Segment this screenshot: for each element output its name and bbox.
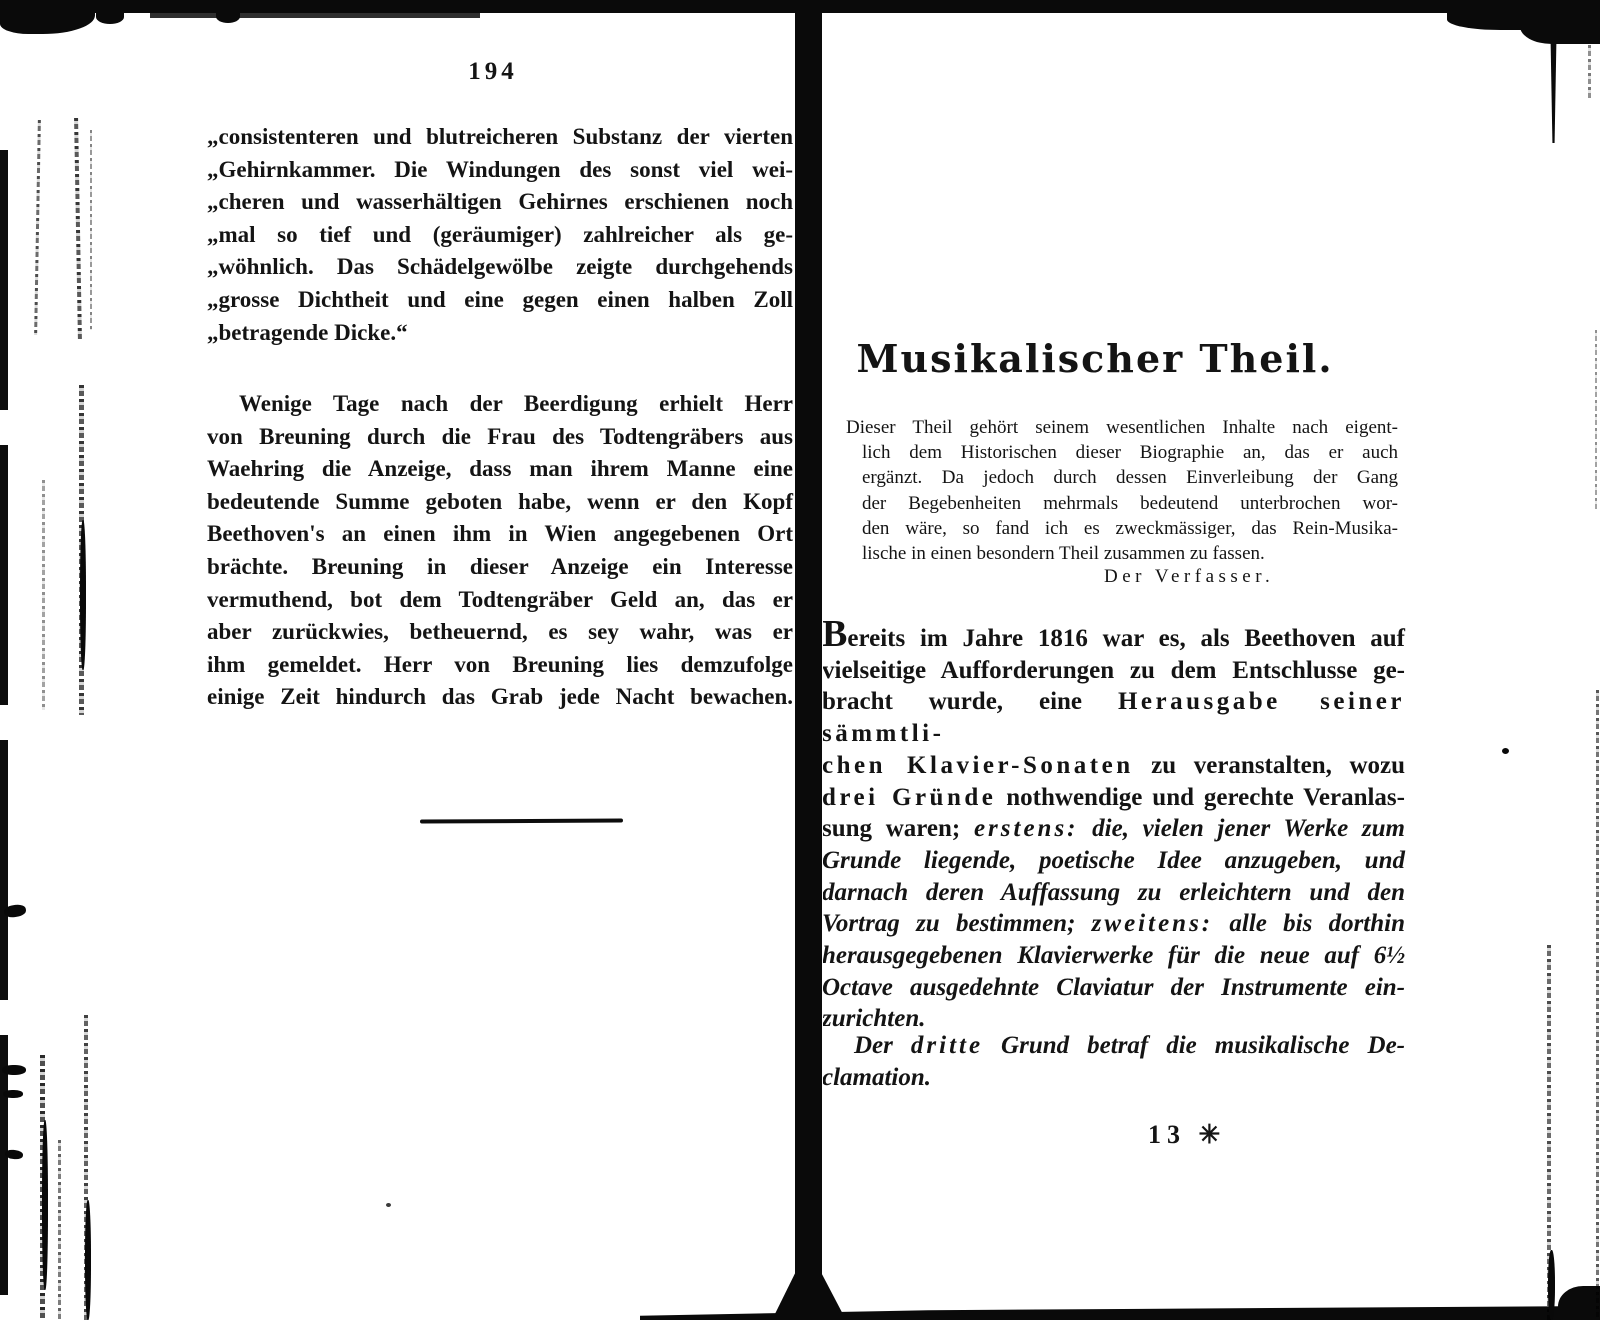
scan-artifact-streak: [90, 130, 92, 330]
text-line: „grosse Dichtheit und eine gegen einen h…: [207, 284, 793, 317]
signature-mark: 13 ✳: [1148, 1120, 1226, 1150]
text-segment: zweitens:: [1092, 910, 1213, 937]
preface-note: Dieser Theil gehört seinem wesentlichen …: [846, 415, 1398, 566]
scan-artifact-smudge: [2, 1065, 26, 1075]
text-line: Beethoven's an einen ihm in Wien angegeb…: [207, 518, 793, 551]
text-segment: Vortrag zu bestimmen;: [823, 910, 1092, 937]
scan-artifact-top-left-bump: [96, 10, 124, 24]
text-segment: Octave ausgedehnte Claviatur der Instrum…: [823, 974, 1405, 1001]
left-page: 194 „consistenteren und blutreicheren Su…: [0, 0, 795, 1320]
right-page: Musikalischer Theil. Dieser Theil gehört…: [823, 0, 1600, 1320]
text-segment: dritte: [911, 1032, 983, 1059]
text-line: bracht wurde, eine Herausgabe seiner säm…: [823, 686, 1405, 749]
section-title: Musikalischer Theil.: [823, 336, 1375, 381]
text-line: Der dritte Grund betraf die musikalische…: [823, 1030, 1405, 1062]
scan-artifact-left-edge-strip: [0, 150, 8, 1320]
book-scan-spread: 194 „consistenteren und blutreicheren Su…: [0, 0, 1600, 1320]
scan-artifact-streak: [42, 480, 45, 710]
text-line: clamation.: [823, 1062, 1405, 1094]
text-line: brächte. Breuning in dieser Anzeige ein …: [207, 551, 793, 584]
text-line: der Begebenheiten mehrmals bedeutend unt…: [846, 491, 1398, 516]
text-segment: darnach deren Auffassung zu erleichtern …: [823, 879, 1405, 906]
left-paragraph-quote: „consistenteren und blutreicheren Substa…: [207, 121, 793, 349]
scan-artifact-smudge: [3, 1090, 23, 1098]
text-segment: nothwendige und gerechte Veranlas-: [996, 784, 1405, 811]
text-line: Grunde liegende, poetische Idee anzugebe…: [823, 845, 1405, 877]
scan-artifact-streak: [1588, 45, 1591, 100]
text-segment: zu veranstalten, wozu: [1134, 752, 1405, 779]
text-line: den wäre, so fand ich es zweckmässiger, …: [846, 516, 1398, 541]
text-line: „wöhnlich. Das Schädelgewölbe zeigte dur…: [207, 251, 793, 284]
text-segment: clamation.: [823, 1064, 931, 1091]
text-segment: chen Klavier-Sonaten: [823, 752, 1134, 779]
text-line: Octave ausgedehnte Claviatur der Instrum…: [823, 972, 1405, 1004]
section-divider-rule: [420, 818, 623, 823]
text-line: von Breuning durch die Frau des Todtengr…: [207, 421, 793, 454]
text-line: Vortrag zu bestimmen; zweitens: alle bis…: [823, 908, 1405, 940]
text-segment: Grund betraf die musikalische De-: [983, 1032, 1405, 1059]
text-line: aber zurückwies, betheuernd, es sey wahr…: [207, 616, 793, 649]
text-line: vermuthend, bot dem Todtengräber Geld an…: [207, 584, 793, 617]
body-paragraph: Bereits im Jahre 1816 war es, als Beetho…: [823, 619, 1405, 1035]
text-line: sung waren; erstens: die, vielen jener W…: [823, 813, 1405, 845]
left-paragraph-breuning: Wenige Tage nach der Beerdigung erhielt …: [207, 388, 793, 714]
left-page-number: 194: [433, 58, 553, 86]
text-segment: Der: [854, 1032, 911, 1059]
text-segment: herausgegebenen Klavierwerke für die neu…: [823, 942, 1405, 969]
text-line: darnach deren Auffassung zu erleichtern …: [823, 877, 1405, 909]
text-line: einige Zeit hindurch das Grab jede Nacht…: [207, 681, 793, 714]
scan-artifact-top-bar-secondary: [150, 13, 480, 18]
text-segment: sung waren;: [823, 815, 974, 842]
text-segment: drei Gründe: [823, 784, 996, 811]
author-signature: Der Verfasser.: [1104, 566, 1274, 588]
text-segment: ereits im Jahre 1816 war es, als Beethov…: [847, 625, 1405, 652]
scan-artifact-smudge: [42, 1120, 48, 1290]
text-line: Dieser Theil gehört seinem wesentlichen …: [846, 415, 1398, 440]
text-line: „betragende Dicke.“: [207, 317, 793, 350]
scan-artifact-speck: [1502, 748, 1509, 754]
scan-artifact-top-right-block2: [1520, 0, 1600, 44]
scan-artifact-streak: [1596, 690, 1599, 1320]
scan-artifact-smudge: [80, 520, 86, 670]
text-segment: alle bis dorthin: [1213, 910, 1405, 937]
text-line: drei Gründe nothwendige und gerechte Ver…: [823, 782, 1405, 814]
text-line: chen Klavier-Sonaten zu veranstalten, wo…: [823, 750, 1405, 782]
text-segment: bracht wurde, eine: [823, 688, 1118, 715]
text-segment: vielseitige Aufforderungen zu dem Entsch…: [823, 657, 1405, 684]
scan-artifact-top-left-bump2: [216, 10, 240, 23]
scan-artifact-smudge: [1548, 1250, 1555, 1320]
scan-artifact-streak: [58, 1140, 61, 1320]
text-line: Bereits im Jahre 1816 war es, als Beetho…: [823, 619, 1405, 655]
scan-artifact-gutter-bar: [795, 0, 822, 1320]
third-reason-paragraph: Der dritte Grund betraf die musikalische…: [823, 1030, 1405, 1094]
text-segment: Grunde liegende, poetische Idee anzugebe…: [823, 847, 1405, 874]
text-line: lische in einen besondern Theil zusammen…: [846, 541, 1398, 566]
text-line: ergänzt. Da jedoch durch dessen Einverle…: [846, 465, 1398, 490]
scan-artifact-bottom-right-corner: [1558, 1286, 1600, 1320]
scan-artifact-streak: [1595, 330, 1597, 510]
scan-artifact-speck: [386, 1203, 391, 1207]
text-line: Wenige Tage nach der Beerdigung erhielt …: [207, 388, 793, 421]
text-segment: die, vielen jener Werke zum: [1079, 815, 1406, 842]
text-line: Waehring die Anzeige, dass man ihrem Man…: [207, 453, 793, 486]
text-segment: erstens:: [974, 815, 1079, 842]
text-line: bedeutende Summe geboten habe, wenn er d…: [207, 486, 793, 519]
text-line: „Gehirnkammer. Die Windungen des sonst v…: [207, 154, 793, 187]
text-line: „consistenteren und blutreicheren Substa…: [207, 121, 793, 154]
text-line: lich dem Historischen dieser Biographie …: [846, 440, 1398, 465]
text-segment: zurichten.: [823, 1005, 926, 1032]
text-line: „mal so tief und (geräumiger) zahlreiche…: [207, 219, 793, 252]
text-line: vielseitige Aufforderungen zu dem Entsch…: [823, 655, 1405, 687]
scan-artifact-smudge: [85, 1200, 91, 1320]
text-line: „cheren und wasserhältigen Gehirnes ersc…: [207, 186, 793, 219]
text-segment: B: [823, 613, 847, 655]
text-line: ihm gemeldet. Herr von Breuning lies dem…: [207, 649, 793, 682]
text-line: herausgegebenen Klavierwerke für die neu…: [823, 940, 1405, 972]
